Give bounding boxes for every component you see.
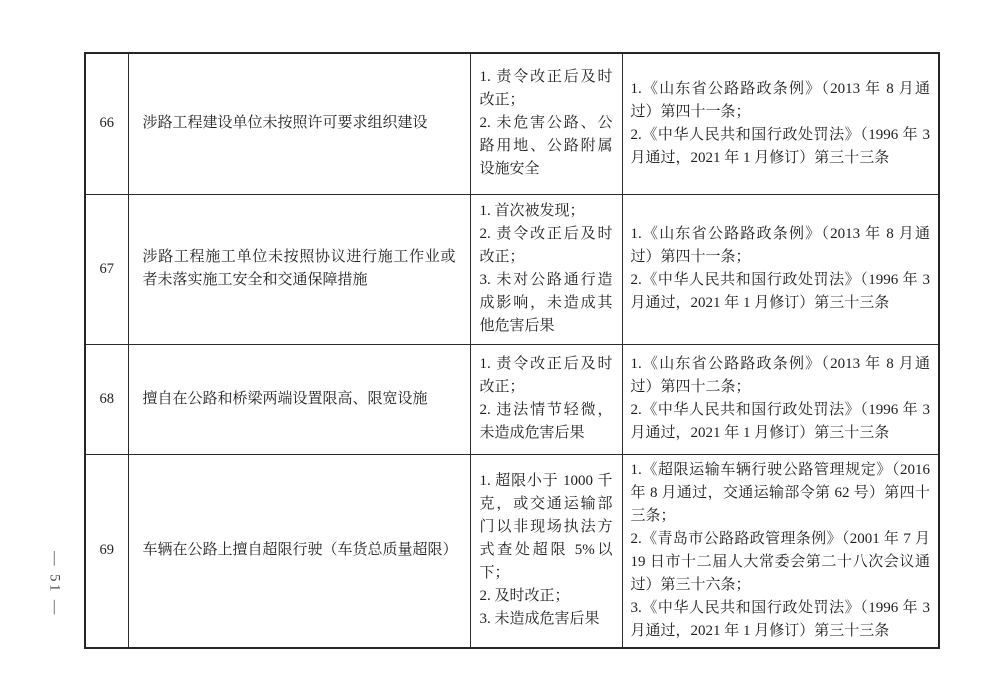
violation-text: 车辆在公路上擅自超限行驶（车货总质量超限） xyxy=(143,539,456,562)
conditions-cell: 1. 首次被发现；2. 责令改正后及时改正；3. 未对公路通行造成影响，未造成其… xyxy=(470,194,622,344)
condition-item: 2. 责令改正后及时改正； xyxy=(480,223,613,269)
table-body: 66 涉路工程建设单位未按照许可要求组织建设 1. 责令改正后及时改正；2. 未… xyxy=(85,53,939,648)
violation-text: 擅自在公路和桥梁两端设置限高、限宽设施 xyxy=(143,388,456,411)
basis-item: 2.《中华人民共和国行政处罚法》（1996 年 3 月通过，2021 年 1 月… xyxy=(631,269,931,315)
page-number: — 51 — xyxy=(46,551,63,617)
basis-cell: 1.《超限运输车辆行驶公路管理规定》（2016 年 8 月通过，交通运输部令第 … xyxy=(622,454,939,648)
row-number-cell: 67 xyxy=(85,194,128,344)
violation-cell: 涉路工程建设单位未按照许可要求组织建设 xyxy=(128,53,470,194)
violation-cell: 擅自在公路和桥梁两端设置限高、限宽设施 xyxy=(128,344,470,454)
condition-item: 3. 未造成危害后果 xyxy=(480,608,613,631)
row-number-cell: 66 xyxy=(85,53,128,194)
penalty-table: 66 涉路工程建设单位未按照许可要求组织建设 1. 责令改正后及时改正；2. 未… xyxy=(84,52,940,649)
violation-cell: 车辆在公路上擅自超限行驶（车货总质量超限） xyxy=(128,454,470,648)
basis-item: 2.《中华人民共和国行政处罚法》（1996 年 3 月通过，2021 年 1 月… xyxy=(631,399,931,445)
row-number: 68 xyxy=(100,391,115,407)
table-row: 67 涉路工程施工单位未按照协议进行施工作业或者未落实施工安全和交通保障措施 1… xyxy=(85,194,939,344)
condition-item: 2. 未危害公路、公路用地、公路附属设施安全 xyxy=(480,112,613,181)
basis-item: 1.《山东省公路路政条例》（2013 年 8 月通过）第四十一条； xyxy=(631,223,931,269)
basis-item: 1.《山东省公路路政条例》（2013 年 8 月通过）第四十一条； xyxy=(631,78,931,124)
row-number: 69 xyxy=(100,542,115,558)
condition-item: 3. 未对公路通行造成影响，未造成其他危害后果 xyxy=(480,269,613,338)
row-number: 67 xyxy=(100,261,115,277)
condition-item: 1. 首次被发现； xyxy=(480,200,613,223)
violation-text: 涉路工程建设单位未按照许可要求组织建设 xyxy=(143,112,456,135)
conditions-cell: 1. 超限小于 1000 千克，或交通运输部门以非现场执法方式查处超限 5%以下… xyxy=(470,454,622,648)
condition-item: 1. 超限小于 1000 千克，或交通运输部门以非现场执法方式查处超限 5%以下… xyxy=(480,470,613,585)
basis-item: 2.《青岛市公路路政管理条例》（2001 年 7 月 19 日市十二届人大常委会… xyxy=(631,528,931,597)
condition-item: 1. 责令改正后及时改正； xyxy=(480,66,613,112)
basis-item: 3.《中华人民共和国行政处罚法》（1996 年 3 月通过，2021 年 1 月… xyxy=(631,597,931,643)
row-number-cell: 68 xyxy=(85,344,128,454)
conditions-cell: 1. 责令改正后及时改正；2. 未危害公路、公路用地、公路附属设施安全 xyxy=(470,53,622,194)
conditions-cell: 1. 责令改正后及时改正；2. 违法情节轻微，未造成危害后果 xyxy=(470,344,622,454)
basis-item: 1.《山东省公路路政条例》（2013 年 8 月通过）第四十二条； xyxy=(631,353,931,399)
document-page: — 51 — 66 涉路工程建设单位未按照许可要求组织建设 1. 责令改正后及时… xyxy=(0,0,990,700)
violation-text: 涉路工程施工单位未按照协议进行施工作业或者未落实施工安全和交通保障措施 xyxy=(143,246,456,292)
condition-item: 1. 责令改正后及时改正； xyxy=(480,353,613,399)
row-number: 66 xyxy=(100,115,115,131)
condition-item: 2. 违法情节轻微，未造成危害后果 xyxy=(480,399,613,445)
violation-cell: 涉路工程施工单位未按照协议进行施工作业或者未落实施工安全和交通保障措施 xyxy=(128,194,470,344)
basis-cell: 1.《山东省公路路政条例》（2013 年 8 月通过）第四十二条；2.《中华人民… xyxy=(622,344,939,454)
basis-item: 2.《中华人民共和国行政处罚法》（1996 年 3 月通过，2021 年 1 月… xyxy=(631,124,931,170)
basis-cell: 1.《山东省公路路政条例》（2013 年 8 月通过）第四十一条；2.《中华人民… xyxy=(622,194,939,344)
table-row: 69 车辆在公路上擅自超限行驶（车货总质量超限） 1. 超限小于 1000 千克… xyxy=(85,454,939,648)
table-row: 68 擅自在公路和桥梁两端设置限高、限宽设施 1. 责令改正后及时改正；2. 违… xyxy=(85,344,939,454)
condition-item: 2. 及时改正； xyxy=(480,585,613,608)
basis-item: 1.《超限运输车辆行驶公路管理规定》（2016 年 8 月通过，交通运输部令第 … xyxy=(631,459,931,528)
table-row: 66 涉路工程建设单位未按照许可要求组织建设 1. 责令改正后及时改正；2. 未… xyxy=(85,53,939,194)
basis-cell: 1.《山东省公路路政条例》（2013 年 8 月通过）第四十一条；2.《中华人民… xyxy=(622,53,939,194)
row-number-cell: 69 xyxy=(85,454,128,648)
